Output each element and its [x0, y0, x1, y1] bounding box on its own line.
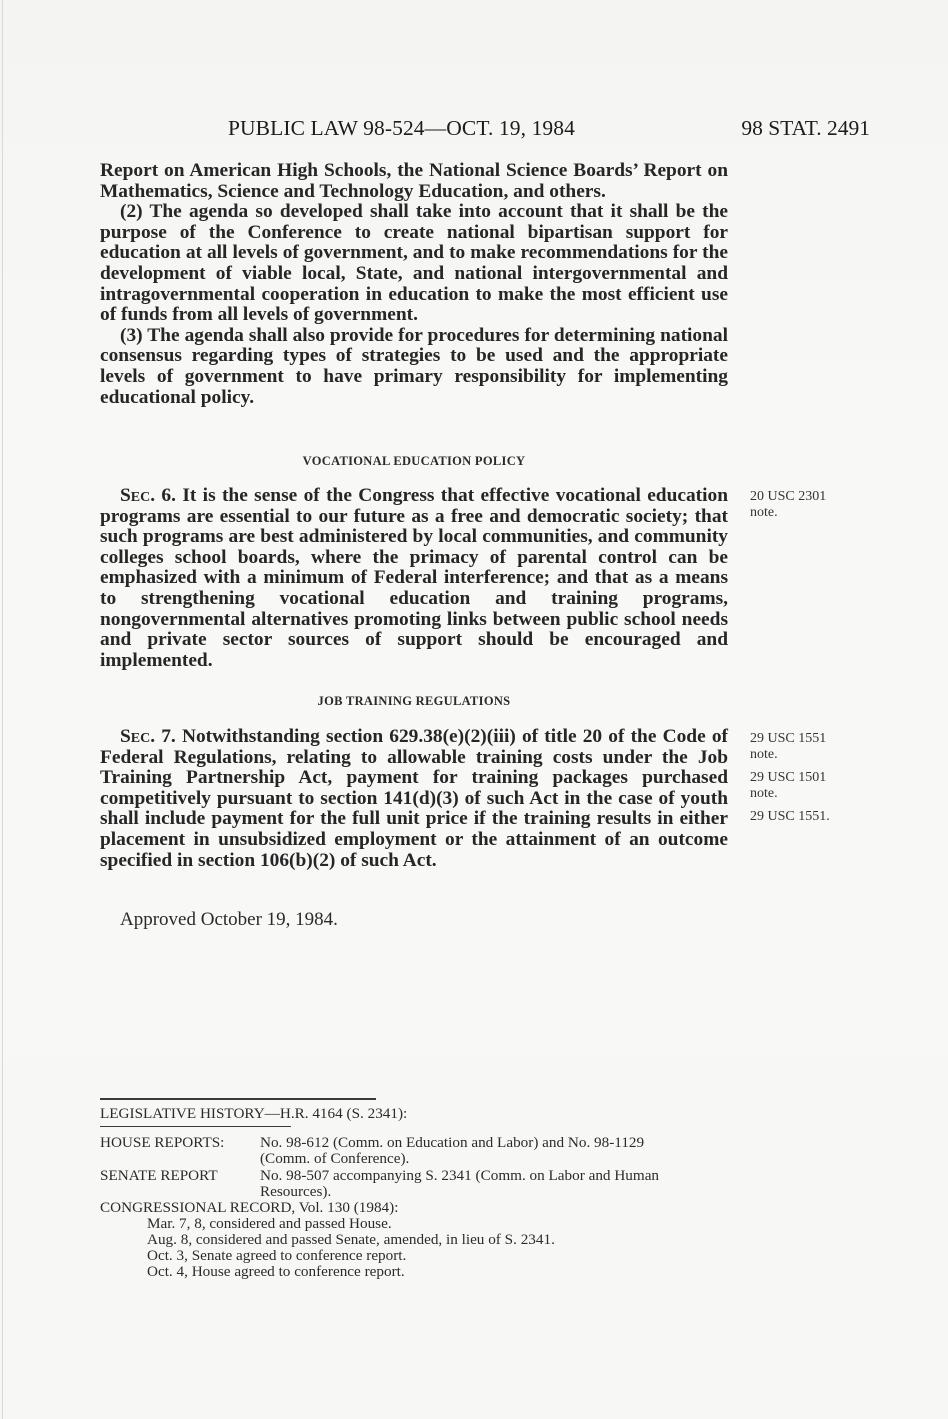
congressional-record-label: CONGRESSIONAL RECORD, Vol. 130 (1984):: [100, 1200, 398, 1216]
section-6: Sec. 6. It is the sense of the Congress …: [100, 486, 728, 671]
congressional-record-entry: Oct. 3, Senate agreed to conference repo…: [147, 1248, 406, 1264]
margin-note-citation: 20 USC 2301: [750, 489, 826, 505]
page-edge: [2, 0, 3, 1419]
section-7-body: Notwithstanding section 629.38(e)(2)(iii…: [100, 726, 728, 871]
margin-note-29-usc-1551-note: 29 USC 1551 note.: [750, 731, 826, 763]
paragraph-3: (3) The agenda shall also provide for pr…: [100, 326, 728, 408]
house-reports-line-2: (Comm. of Conference).: [260, 1151, 409, 1167]
congressional-record-entry: Mar. 7, 8, considered and passed House.: [147, 1216, 392, 1232]
approval-date: Approved October 19, 1984.: [120, 909, 338, 931]
continuation-paragraph: Report on American High Schools, the Nat…: [100, 161, 728, 202]
margin-note-20-usc-2301: 20 USC 2301 note.: [750, 489, 826, 521]
house-reports-label: HOUSE REPORTS:: [100, 1135, 224, 1151]
congressional-record-entry: Aug. 8, considered and passed Senate, am…: [147, 1232, 555, 1248]
legislative-history: LEGISLATIVE HISTORY—H.R. 4164 (S. 2341):…: [100, 1106, 740, 1286]
margin-note-citation: 29 USC 1551: [750, 731, 826, 747]
section-7-text: Sec. 7. Notwithstanding section 629.38(e…: [100, 727, 728, 871]
document-page: PUBLIC LAW 98-524—OCT. 19, 1984 98 STAT.…: [0, 0, 948, 1419]
section-6-text: Sec. 6. It is the sense of the Congress …: [100, 486, 728, 671]
paragraph-2: (2) The agenda so developed shall take i…: [100, 202, 728, 326]
section-heading-job-training-regulations: JOB TRAINING REGULATIONS: [100, 694, 728, 709]
statute-page-number: 98 STAT. 2491: [741, 114, 870, 142]
running-head-title: PUBLIC LAW 98-524—OCT. 19, 1984: [228, 114, 575, 142]
section-heading-vocational-education-policy: VOCATIONAL EDUCATION POLICY: [100, 454, 728, 469]
section-7: Sec. 7. Notwithstanding section 629.38(e…: [100, 727, 728, 871]
section-7-label: Sec. 7.: [120, 726, 176, 747]
footnote-separator-rule: [100, 1098, 376, 1100]
margin-note-29-usc-1551: 29 USC 1551.: [750, 809, 830, 825]
section-6-body: It is the sense of the Congress that eff…: [100, 485, 728, 671]
margin-note-29-usc-1501-note: 29 USC 1501 note.: [750, 770, 826, 802]
legislative-history-title: LEGISLATIVE HISTORY—H.R. 4164 (S. 2341):: [100, 1106, 407, 1122]
section-5-continuation: Report on American High Schools, the Nat…: [100, 161, 728, 408]
senate-report-line-1: No. 98-507 accompanying S. 2341 (Comm. o…: [260, 1168, 659, 1184]
senate-report-label: SENATE REPORT: [100, 1168, 218, 1184]
section-6-label: Sec. 6.: [120, 485, 176, 506]
senate-report-line-2: Resources).: [260, 1184, 331, 1200]
margin-note-suffix: note.: [750, 786, 826, 802]
congressional-record-entry: Oct. 4, House agreed to conference repor…: [147, 1264, 405, 1280]
margin-note-suffix: note.: [750, 747, 826, 763]
margin-note-citation: 29 USC 1501: [750, 770, 826, 786]
margin-note-suffix: note.: [750, 505, 826, 521]
running-head: PUBLIC LAW 98-524—OCT. 19, 1984 98 STAT.…: [100, 114, 870, 144]
margin-note-citation: 29 USC 1551.: [750, 809, 830, 825]
house-reports-line-1: No. 98-612 (Comm. on Education and Labor…: [260, 1135, 644, 1151]
